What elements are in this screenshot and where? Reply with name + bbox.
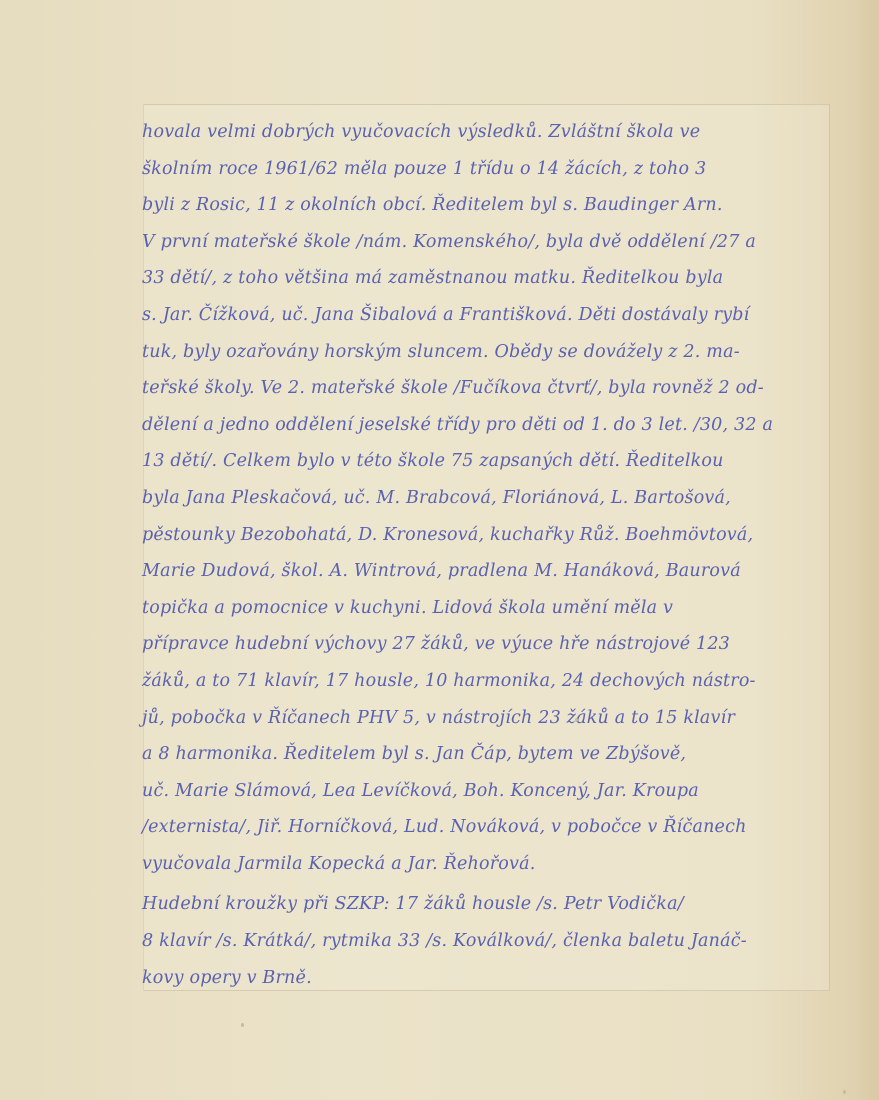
text-line: byla Jana Pleskačová, uč. M. Brabcová, F… (142, 480, 842, 517)
text-line: 13 dětí/. Celkem bylo v této škole 75 za… (142, 443, 842, 480)
paper-speck (575, 718, 578, 722)
text-line: /externista/, Jiř. Horníčková, Lud. Nová… (142, 809, 842, 846)
text-line: žáků, a to 71 klavír, 17 housle, 10 harm… (142, 663, 842, 700)
text-line: s. Jar. Čížková, uč. Jana Šibalová a Fra… (142, 297, 842, 334)
paper-speck (241, 1023, 244, 1027)
text-line: topička a pomocnice v kuchyni. Lidová šk… (142, 590, 842, 627)
text-line: Hudební kroužky při SZKP: 17 žáků housle… (142, 886, 842, 923)
text-line: Marie Dudová, škol. A. Wintrová, pradlen… (142, 553, 842, 590)
text-line: dělení a jedno oddělení jeselské třídy p… (142, 407, 842, 444)
text-line: kovy opery v Brně. (142, 960, 842, 997)
text-line: jů, pobočka v Říčanech PHV 5, v nástrojí… (142, 700, 842, 737)
text-line: tuk, byly ozařovány horským sluncem. Obě… (142, 334, 842, 371)
text-line: V první mateřské škole /nám. Komenského/… (142, 224, 842, 261)
text-line: uč. Marie Slámová, Lea Levíčková, Boh. K… (142, 773, 842, 810)
handwritten-text-block: hovala velmi dobrých vyučovacích výsledk… (142, 114, 842, 996)
text-line: školním roce 1961/62 měla pouze 1 třídu … (142, 151, 842, 188)
text-line: hovala velmi dobrých vyučovacích výsledk… (142, 114, 842, 151)
text-line: pěstounky Bezobohatá, D. Kronesová, kuch… (142, 517, 842, 554)
text-line: 33 dětí/, z toho většina má zaměstnanou … (142, 260, 842, 297)
text-line: teřské školy. Ve 2. mateřské škole /Fučí… (142, 370, 842, 407)
text-line: vyučovala Jarmila Kopecká a Jar. Řehořov… (142, 846, 842, 883)
paper-speck (843, 1090, 846, 1094)
text-line: byli z Rosic, 11 z okolních obcí. Ředite… (142, 187, 842, 224)
text-line: 8 klavír /s. Krátká/, rytmika 33 /s. Kov… (142, 923, 842, 960)
text-line: a 8 harmonika. Ředitelem byl s. Jan Čáp,… (142, 736, 842, 773)
text-line: přípravce hudební výchovy 27 žáků, ve vý… (142, 626, 842, 663)
